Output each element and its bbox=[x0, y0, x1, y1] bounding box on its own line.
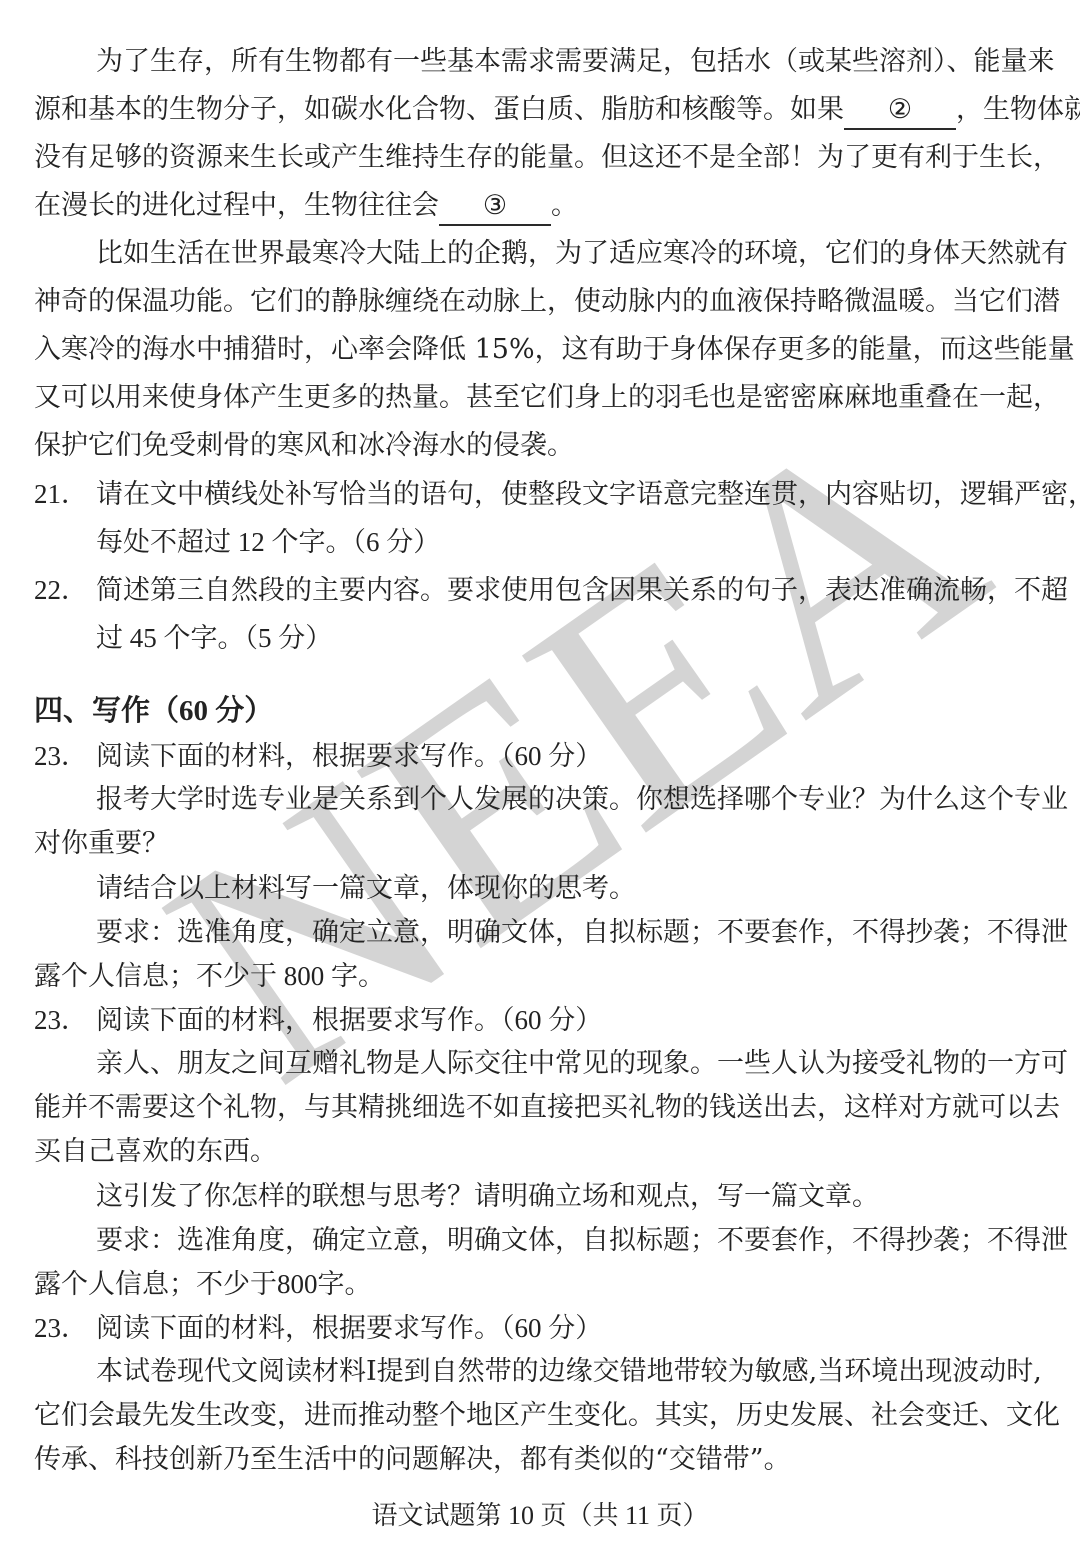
text-segment: 过 45 个字。（5 分） bbox=[96, 623, 332, 653]
text-segment: 为了生存，所有生物都有一些基本需求需要满足，包括水（或某些溶剂）、能量来 bbox=[96, 46, 1055, 77]
text-segment: 简述第三自然段的主要内容。要求使用包含因果关系的句子，表达准确流畅，不超 bbox=[96, 575, 1068, 605]
question-23-2-material: 亲人、朋友之间互赠礼物是人际交往中常见的现象。一些人认为接受礼物的一方可能并不需… bbox=[34, 1042, 1048, 1174]
text-segment: 请在文中横线处补写恰当的语句，使整段文字语意完整连贯，内容贴切，逻辑严密， bbox=[96, 479, 1080, 509]
text-line: 23．阅读下面的材料，根据要求写作。（60 分） bbox=[34, 1306, 1048, 1350]
text-segment: 露个人信息；不少于800字。 bbox=[34, 1269, 372, 1299]
question-23-2-task: 这引发了你怎样的联想与思考？请明确立场和观点，写一篇文章。 bbox=[34, 1174, 1048, 1218]
text-line: 保护它们免受刺骨的寒风和冰冷海水的侵袭。 bbox=[34, 422, 1048, 470]
text-line: 每处不超过 12 个字。（6 分） bbox=[34, 518, 1048, 566]
text-segment: 保护它们免受刺骨的寒风和冰冷海水的侵袭。 bbox=[34, 430, 574, 461]
text-segment: 没有足够的资源来生长或产生维持生存的能量。但这还不是全部！为了更有利于生长， bbox=[34, 142, 1060, 173]
question-23-2-requirements: 要求：选准角度，确定立意，明确文体，自拟标题；不要套作，不得抄袭；不得泄露个人信… bbox=[34, 1218, 1048, 1306]
exam-page: NEEA 为了生存，所有生物都有一些基本需求需要满足，包括水（或某些溶剂）、能量… bbox=[0, 0, 1080, 1568]
text-segment: 入寒冷的海水中捕猎时，心率会降低 15%，这有助于身体保存更多的能量，而这些能量 bbox=[34, 334, 1075, 365]
text-segment: 对你重要？ bbox=[34, 828, 169, 859]
text-segment: 这引发了你怎样的联想与思考？请明确立场和观点，写一篇文章。 bbox=[96, 1181, 879, 1211]
text-line: 神奇的保温功能。它们的静脉缠绕在动脉上，使动脉内的血液保持略微温暖。当它们潜 bbox=[34, 278, 1048, 326]
page-footer: 语文试题第 10 页（共 11 页） bbox=[0, 1498, 1080, 1534]
text-segment: 每处不超过 12 个字。（6 分） bbox=[96, 527, 440, 557]
question-number: 23． bbox=[34, 998, 88, 1042]
question-number: 21． bbox=[34, 470, 88, 518]
text-line: 露个人信息；不少于 800 字。 bbox=[34, 954, 1048, 998]
question-23-stem-3: 23．阅读下面的材料，根据要求写作。（60 分） bbox=[34, 1306, 1048, 1350]
section-heading-text: 四、写作（60 分） bbox=[34, 688, 1048, 734]
text-segment: 又可以用来使身体产生更多的热量。甚至它们身上的羽毛也是密密麻麻地重叠在一起， bbox=[34, 382, 1060, 413]
passage-paragraph-2: 比如生活在世界最寒冷大陆上的企鹅，为了适应寒冷的环境，它们的身体天然就有神奇的保… bbox=[34, 230, 1048, 470]
text-segment: 本试卷现代文阅读材料Ⅰ提到自然带的边缘交错地带较为敏感,当环境出现波动时, bbox=[96, 1356, 1042, 1387]
text-line: 报考大学时选专业是关系到个人发展的决策。你想选择哪个专业？为什么这个专业 bbox=[34, 778, 1048, 822]
text-line: 请结合以上材料写一篇文章，体现你的思考。 bbox=[34, 866, 1048, 910]
question-23-stem-2: 23．阅读下面的材料，根据要求写作。（60 分） bbox=[34, 998, 1048, 1042]
text-line: 在漫长的进化过程中，生物往往会③。 bbox=[34, 182, 1048, 230]
text-line: 它们会最先发生改变，进而推动整个地区产生变化。其实，历史发展、社会变迁、文化 bbox=[34, 1394, 1048, 1438]
text-line: 比如生活在世界最寒冷大陆上的企鹅，为了适应寒冷的环境，它们的身体天然就有 bbox=[34, 230, 1048, 278]
text-segment: 请结合以上材料写一篇文章，体现你的思考。 bbox=[96, 873, 636, 903]
question-number: 23． bbox=[34, 1306, 88, 1350]
text-segment: 在漫长的进化过程中，生物往往会 bbox=[34, 190, 439, 221]
passage-paragraph-1: 为了生存，所有生物都有一些基本需求需要满足，包括水（或某些溶剂）、能量来源和基本… bbox=[34, 38, 1048, 230]
text-segment: 亲人、朋友之间互赠礼物是人际交往中常见的现象。一些人认为接受礼物的一方可 bbox=[96, 1048, 1068, 1079]
text-line: 要求：选准角度，确定立意，明确文体，自拟标题；不要套作，不得抄袭；不得泄 bbox=[34, 910, 1048, 954]
question-23-1-requirements: 要求：选准角度，确定立意，明确文体，自拟标题；不要套作，不得抄袭；不得泄露个人信… bbox=[34, 910, 1048, 998]
section-heading-writing: 四、写作（60 分） bbox=[34, 688, 1048, 734]
question-number: 22． bbox=[34, 566, 88, 614]
text-segment: 神奇的保温功能。它们的静脉缠绕在动脉上，使动脉内的血液保持略微温暖。当它们潜 bbox=[34, 286, 1060, 317]
text-segment: 阅读下面的材料，根据要求写作。（60 分） bbox=[96, 1313, 602, 1343]
text-line: 传承、科技创新乃至生活中的问题解决，都有类似的“交错带”。 bbox=[34, 1438, 1048, 1482]
question-22: 22．简述第三自然段的主要内容。要求使用包含因果关系的句子，表达准确流畅，不超过… bbox=[34, 566, 1048, 662]
text-segment: 它们会最先发生改变，进而推动整个地区产生变化。其实，历史发展、社会变迁、文化 bbox=[34, 1400, 1060, 1431]
text-segment: 报考大学时选专业是关系到个人发展的决策。你想选择哪个专业？为什么这个专业 bbox=[96, 784, 1068, 815]
text-line: 22．简述第三自然段的主要内容。要求使用包含因果关系的句子，表达准确流畅，不超 bbox=[34, 566, 1048, 614]
text-line: 23．阅读下面的材料，根据要求写作。（60 分） bbox=[34, 998, 1048, 1042]
question-21: 21．请在文中横线处补写恰当的语句，使整段文字语意完整连贯，内容贴切，逻辑严密，… bbox=[34, 470, 1048, 566]
question-23-1-task: 请结合以上材料写一篇文章，体现你的思考。 bbox=[34, 866, 1048, 910]
answer-blank: ③ bbox=[439, 188, 551, 226]
text-line: 对你重要？ bbox=[34, 822, 1048, 866]
text-segment: 阅读下面的材料，根据要求写作。（60 分） bbox=[96, 1005, 602, 1035]
text-line: 本试卷现代文阅读材料Ⅰ提到自然带的边缘交错地带较为敏感,当环境出现波动时, bbox=[34, 1350, 1048, 1394]
question-23-stem-1: 23．阅读下面的材料，根据要求写作。（60 分） bbox=[34, 734, 1048, 778]
text-line: 要求：选准角度，确定立意，明确文体，自拟标题；不要套作，不得抄袭；不得泄 bbox=[34, 1218, 1048, 1262]
question-23-3-material: 本试卷现代文阅读材料Ⅰ提到自然带的边缘交错地带较为敏感,当环境出现波动时,它们会… bbox=[34, 1350, 1048, 1482]
text-segment: 露个人信息；不少于 800 字。 bbox=[34, 961, 385, 991]
document-content: 为了生存，所有生物都有一些基本需求需要满足，包括水（或某些溶剂）、能量来源和基本… bbox=[34, 38, 1048, 1482]
text-line: 亲人、朋友之间互赠礼物是人际交往中常见的现象。一些人认为接受礼物的一方可 bbox=[34, 1042, 1048, 1086]
text-segment: ，生物体就 bbox=[956, 94, 1080, 125]
text-line: 入寒冷的海水中捕猎时，心率会降低 15%，这有助于身体保存更多的能量，而这些能量 bbox=[34, 326, 1048, 374]
text-segment: 阅读下面的材料，根据要求写作。（60 分） bbox=[96, 741, 602, 771]
text-segment: 要求：选准角度，确定立意，明确文体，自拟标题；不要套作，不得抄袭；不得泄 bbox=[96, 917, 1068, 947]
text-line: 23．阅读下面的材料，根据要求写作。（60 分） bbox=[34, 734, 1048, 778]
question-number: 23． bbox=[34, 734, 88, 778]
text-segment: 源和基本的生物分子，如碳水化合物、蛋白质、脂肪和核酸等。如果 bbox=[34, 94, 844, 125]
text-segment: 。 bbox=[551, 190, 578, 221]
text-line: 为了生存，所有生物都有一些基本需求需要满足，包括水（或某些溶剂）、能量来 bbox=[34, 38, 1048, 86]
text-segment: 比如生活在世界最寒冷大陆上的企鹅，为了适应寒冷的环境，它们的身体天然就有 bbox=[96, 238, 1068, 269]
text-line: 能并不需要这个礼物，与其精挑细选不如直接把买礼物的钱送出去，这样对方就可以去 bbox=[34, 1086, 1048, 1130]
answer-blank: ② bbox=[844, 92, 956, 130]
text-segment: 买自己喜欢的东西。 bbox=[34, 1136, 277, 1167]
text-line: 又可以用来使身体产生更多的热量。甚至它们身上的羽毛也是密密麻麻地重叠在一起， bbox=[34, 374, 1048, 422]
text-line: 这引发了你怎样的联想与思考？请明确立场和观点，写一篇文章。 bbox=[34, 1174, 1048, 1218]
text-segment: 传承、科技创新乃至生活中的问题解决，都有类似的“交错带”。 bbox=[34, 1444, 791, 1475]
text-line: 露个人信息；不少于800字。 bbox=[34, 1262, 1048, 1306]
text-line: 买自己喜欢的东西。 bbox=[34, 1130, 1048, 1174]
text-line: 没有足够的资源来生长或产生维持生存的能量。但这还不是全部！为了更有利于生长， bbox=[34, 134, 1048, 182]
text-line: 过 45 个字。（5 分） bbox=[34, 614, 1048, 662]
text-line: 源和基本的生物分子，如碳水化合物、蛋白质、脂肪和核酸等。如果②，生物体就 bbox=[34, 86, 1048, 134]
text-segment: 要求：选准角度，确定立意，明确文体，自拟标题；不要套作，不得抄袭；不得泄 bbox=[96, 1225, 1068, 1255]
text-segment: 能并不需要这个礼物，与其精挑细选不如直接把买礼物的钱送出去，这样对方就可以去 bbox=[34, 1092, 1060, 1123]
question-23-1-material: 报考大学时选专业是关系到个人发展的决策。你想选择哪个专业？为什么这个专业对你重要… bbox=[34, 778, 1048, 866]
text-line: 21．请在文中横线处补写恰当的语句，使整段文字语意完整连贯，内容贴切，逻辑严密， bbox=[34, 470, 1048, 518]
